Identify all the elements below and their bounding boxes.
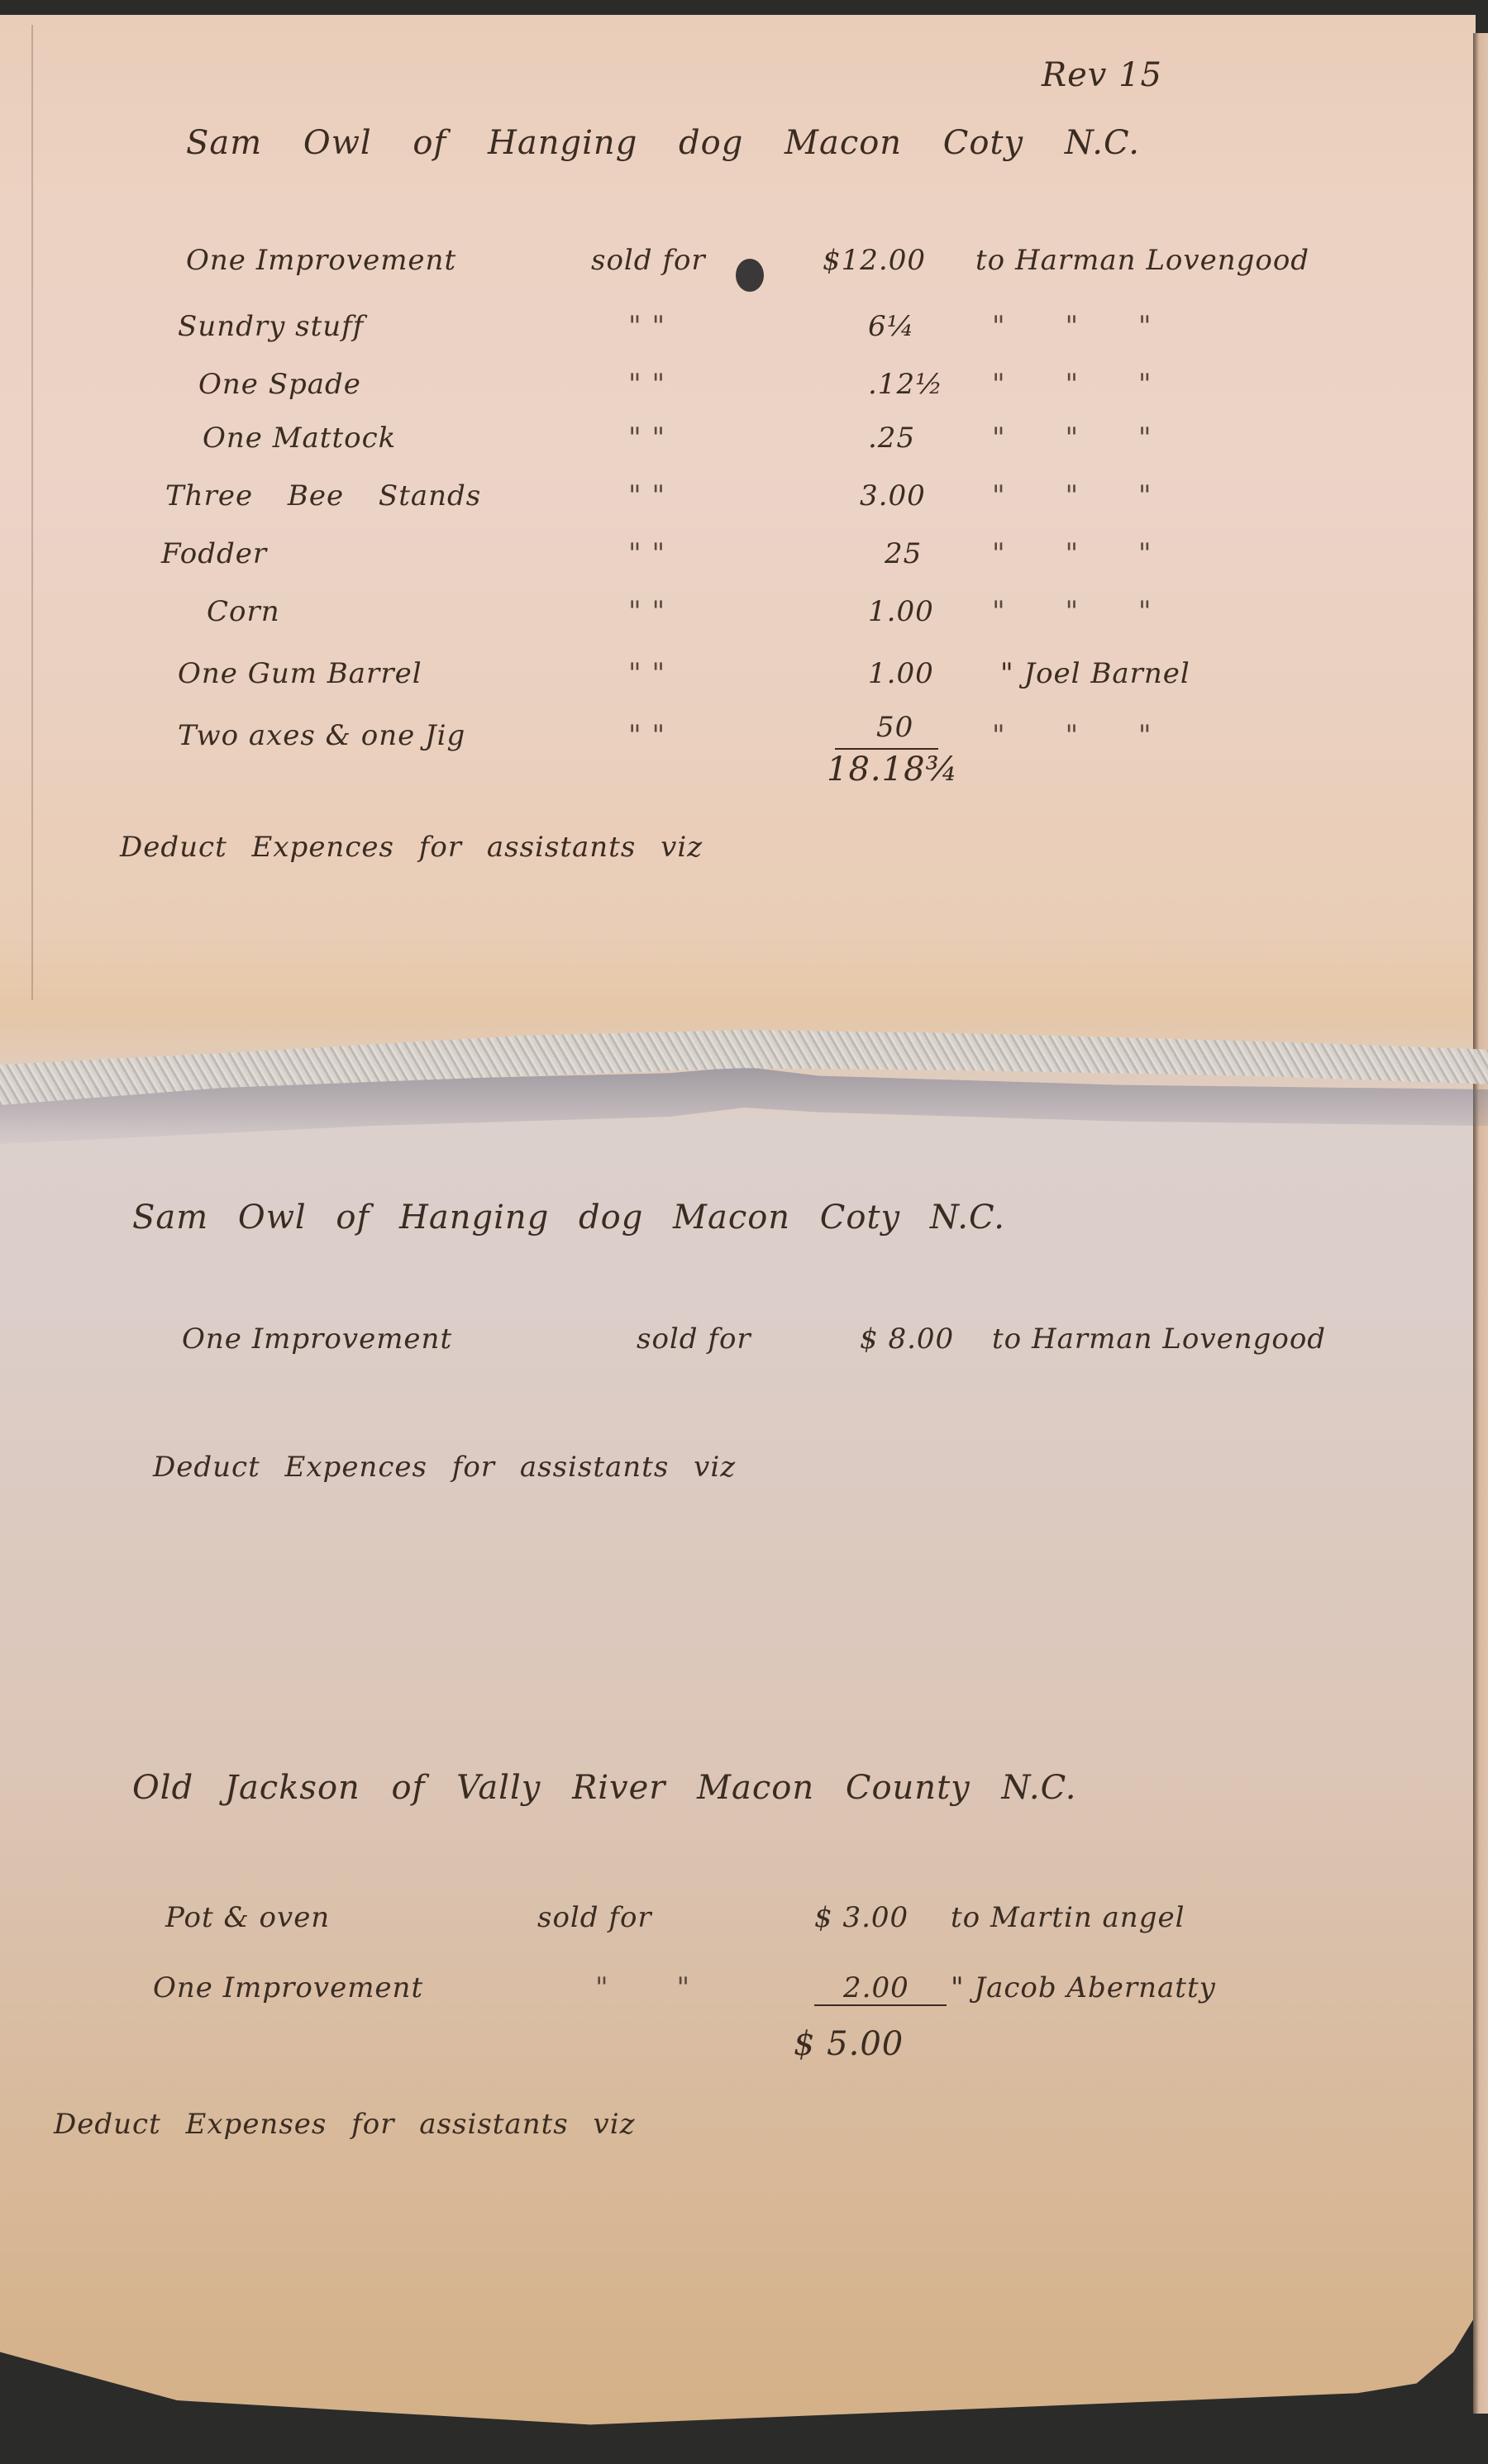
item-name: Three Bee Stands [165, 479, 481, 512]
item-buyer: " Joel Barnel [1000, 657, 1190, 690]
item-amount: $ 8.00 [860, 1323, 954, 1356]
item-amount: $12.00 [823, 244, 926, 277]
ditto-marks: " " " [992, 310, 1152, 343]
deduct-expenses-line: Deduct Expences for assistants viz [120, 831, 703, 864]
sum-rule [835, 748, 938, 750]
ditto-marks: " " [628, 422, 665, 455]
ditto-marks: " " " [992, 595, 1152, 628]
next-page-edge [1473, 33, 1488, 2414]
ditto-marks: " " [628, 657, 665, 690]
ditto-marks: " " [595, 1971, 690, 2004]
item-name: Fodder [161, 537, 267, 570]
sum-rule [814, 2004, 947, 2006]
item-name: One Mattock [203, 422, 396, 455]
ditto-marks: " " [628, 537, 665, 570]
section-heading: Old Jackson of Vally River Macon County … [132, 1769, 1077, 1807]
sale-verb: sold for [537, 1901, 652, 1934]
item-amount: 2.00 [843, 1971, 909, 2004]
item-name: Pot & oven [165, 1901, 330, 1934]
item-buyer: to Harman Lovengood [992, 1323, 1326, 1356]
item-buyer: " Jacob Abernatty [951, 1971, 1216, 2004]
ditto-marks: " " [628, 719, 665, 752]
ditto-marks: " " " [992, 479, 1152, 512]
item-amount: 25 [885, 537, 922, 570]
ditto-marks: " " [628, 368, 665, 401]
ditto-marks: " " [628, 479, 665, 512]
page-number-note: Rev 15 [1042, 56, 1162, 94]
ditto-marks: " " [628, 310, 665, 343]
ditto-marks: " " " [992, 368, 1152, 401]
item-amount: $ 3.00 [814, 1901, 909, 1934]
item-amount: .25 [868, 422, 915, 455]
item-name: One Gum Barrel [178, 657, 422, 690]
item-name: One Improvement [182, 1323, 452, 1356]
item-name: Corn [207, 595, 280, 628]
item-buyer: to Martin angel [951, 1901, 1185, 1934]
item-amount: 1.00 [868, 595, 934, 628]
item-amount: .12½ [868, 368, 943, 401]
item-name: One Spade [198, 368, 361, 401]
punch-hole [736, 259, 764, 292]
item-amount: 3.00 [860, 479, 926, 512]
ditto-marks: " " " [992, 719, 1152, 752]
ditto-marks: " " " [992, 537, 1152, 570]
ditto-marks: " " [628, 595, 665, 628]
page-fold-line [31, 25, 33, 1000]
sale-verb: sold for [637, 1323, 751, 1356]
item-amount: 1.00 [868, 657, 934, 690]
deduct-expenses-line: Deduct Expenses for assistants viz [54, 2108, 636, 2141]
item-name: One Improvement [153, 1971, 423, 2004]
section-total: 18.18¾ [827, 751, 958, 789]
item-buyer: to Harman Lovengood [975, 244, 1309, 277]
item-name: Sundry stuff [178, 310, 364, 343]
item-amount: 50 [876, 711, 913, 744]
item-name: Two axes & one Jig [178, 719, 465, 752]
section-total: $ 5.00 [794, 2025, 904, 2063]
item-name: One Improvement [186, 244, 456, 277]
deduct-expenses-line: Deduct Expences for assistants viz [153, 1451, 736, 1484]
section-heading: Sam Owl of Hanging dog Macon Coty N.C. [186, 124, 1140, 162]
section-heading: Sam Owl of Hanging dog Macon Coty N.C. [132, 1199, 1005, 1237]
sale-verb: sold for [591, 244, 706, 277]
item-amount: 6¼ [868, 310, 915, 343]
ditto-marks: " " " [992, 422, 1152, 455]
